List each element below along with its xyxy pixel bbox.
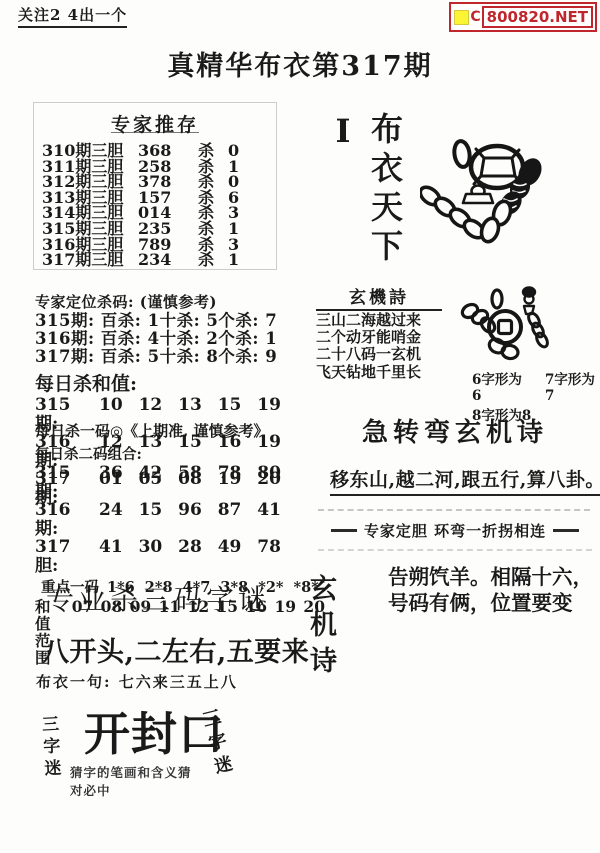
expert-dan-note: 专家定胆 环弯一折拐相连 bbox=[318, 520, 592, 541]
daily-kill-combo-row: 315期:36 42 58 78 80 bbox=[35, 464, 325, 501]
coin-beads-drawing-2 bbox=[447, 282, 565, 368]
table-row: 317期三胆234杀1 bbox=[42, 252, 276, 268]
kill-three-line: 八开头,二左右,五要来 bbox=[42, 630, 309, 669]
row-kill-label: 杀 bbox=[198, 252, 228, 268]
shape-note: 6字形为6 bbox=[472, 368, 527, 404]
dash-decoration bbox=[331, 529, 357, 532]
riddle-hint-line: 对必中 bbox=[70, 781, 111, 799]
position-kill-row: 316期: 百杀: 4十杀: 2个杀: 1 bbox=[35, 330, 305, 348]
logo-prefix: C bbox=[470, 9, 480, 25]
xuanji-poem-line: 二个动牙能哨金 bbox=[316, 329, 442, 345]
daily-kill-one-title: 每日杀一码◎《上期准, 谨慎参考》 bbox=[35, 420, 325, 441]
dash-decoration bbox=[553, 529, 579, 532]
row-label: 316期: bbox=[35, 501, 89, 538]
turn-poem-line: 移东山,越二河,跟五行,算八卦。 bbox=[330, 465, 600, 496]
xuanji-poem-line: 二十八码一玄机 bbox=[316, 346, 442, 362]
riddle-hint-line: 猜字的笔画和含义猜 bbox=[70, 763, 192, 781]
row-kill-value: 1 bbox=[228, 252, 239, 268]
mystery-poem-lines: 告朔饩羊。相隔十六， 号码有俩，位置要变 bbox=[388, 564, 593, 616]
expert-recommend-box: 专家推存 310期三胆368杀0 311期三胆258杀1 312期三胆378杀0… bbox=[33, 102, 277, 270]
site-logo[interactable]: C 800820.NET bbox=[449, 2, 597, 32]
row-values: 41 30 28 49 78 bbox=[99, 538, 281, 575]
site-url[interactable]: 800820.NET bbox=[482, 6, 593, 28]
row-label: 315期: bbox=[35, 464, 89, 501]
logo-yellow-square-icon bbox=[454, 10, 469, 25]
expert-dan-note-text: 专家定胆 环弯一折拐相连 bbox=[364, 520, 546, 541]
lottery-tip-sheet: 关注2 4出一个 C 800820.NET 真精华布衣第317期 专家推存 31… bbox=[0, 0, 600, 853]
xuanji-poem-block: 玄機詩 三山二海越过来 二个动牙能哨金 二十八码一玄机 飞天钻地千里长 bbox=[316, 283, 442, 380]
buyi-sentence: 布衣一句: 七六来三五上八 bbox=[36, 671, 238, 692]
daily-kill-sum-title: 每日杀和值: bbox=[35, 369, 305, 396]
position-kill-title: 专家定位杀码: (谨慎参考) bbox=[35, 291, 305, 312]
daily-kill-combo-row: 317胆:41 30 28 49 78 bbox=[35, 538, 325, 575]
position-kill-row: 315期: 百杀: 1十杀: 5个杀: 7 bbox=[35, 312, 305, 330]
divider bbox=[318, 509, 590, 511]
coin-beads-drawing-1 bbox=[420, 106, 596, 256]
shape-note: 7字形为7 bbox=[545, 368, 600, 404]
row-values: 36 42 58 78 80 bbox=[99, 464, 281, 501]
three-riddle-left-label: 三字迷 bbox=[36, 714, 66, 805]
row-values: 24 15 96 87 41 bbox=[99, 501, 281, 538]
xuanji-poem-line: 三山二海越过来 bbox=[316, 312, 442, 328]
buyi-tianxia-vertical-title: 布衣天下I bbox=[324, 112, 408, 287]
attention-note: 关注2 4出一个 bbox=[18, 4, 127, 28]
kill-three-title: 专业杀三码字谜 bbox=[46, 578, 270, 618]
position-kill-row: 317期: 百杀: 5十杀: 8个杀: 9 bbox=[35, 348, 305, 366]
xuanji-poem-title: 玄機詩 bbox=[316, 283, 442, 311]
expert-recommend-rows: 310期三胆368杀0 311期三胆258杀1 312期三胆378杀0 313期… bbox=[42, 143, 276, 268]
daily-kill-combo-row: 316期:24 15 96 87 41 bbox=[35, 501, 325, 538]
page-title: 真精华布衣第317期 bbox=[0, 44, 600, 83]
expert-recommend-title: 专家推存 bbox=[34, 110, 276, 137]
mystery-poem-line: 告朔饩羊。相隔十六， bbox=[388, 564, 593, 590]
mystery-poem-line: 号码有俩，位置要变 bbox=[388, 590, 593, 616]
divider bbox=[318, 549, 592, 551]
row-period: 317期三胆 bbox=[42, 252, 138, 268]
row-dan: 234 bbox=[138, 252, 184, 268]
daily-kill-combo-title: 每日杀二码组合: bbox=[35, 443, 325, 464]
row-label: 317胆: bbox=[35, 538, 89, 575]
turn-poem-title: 急转弯玄机诗 bbox=[318, 412, 592, 449]
xuanji-poem-line: 飞天钻地千里长 bbox=[316, 364, 442, 380]
